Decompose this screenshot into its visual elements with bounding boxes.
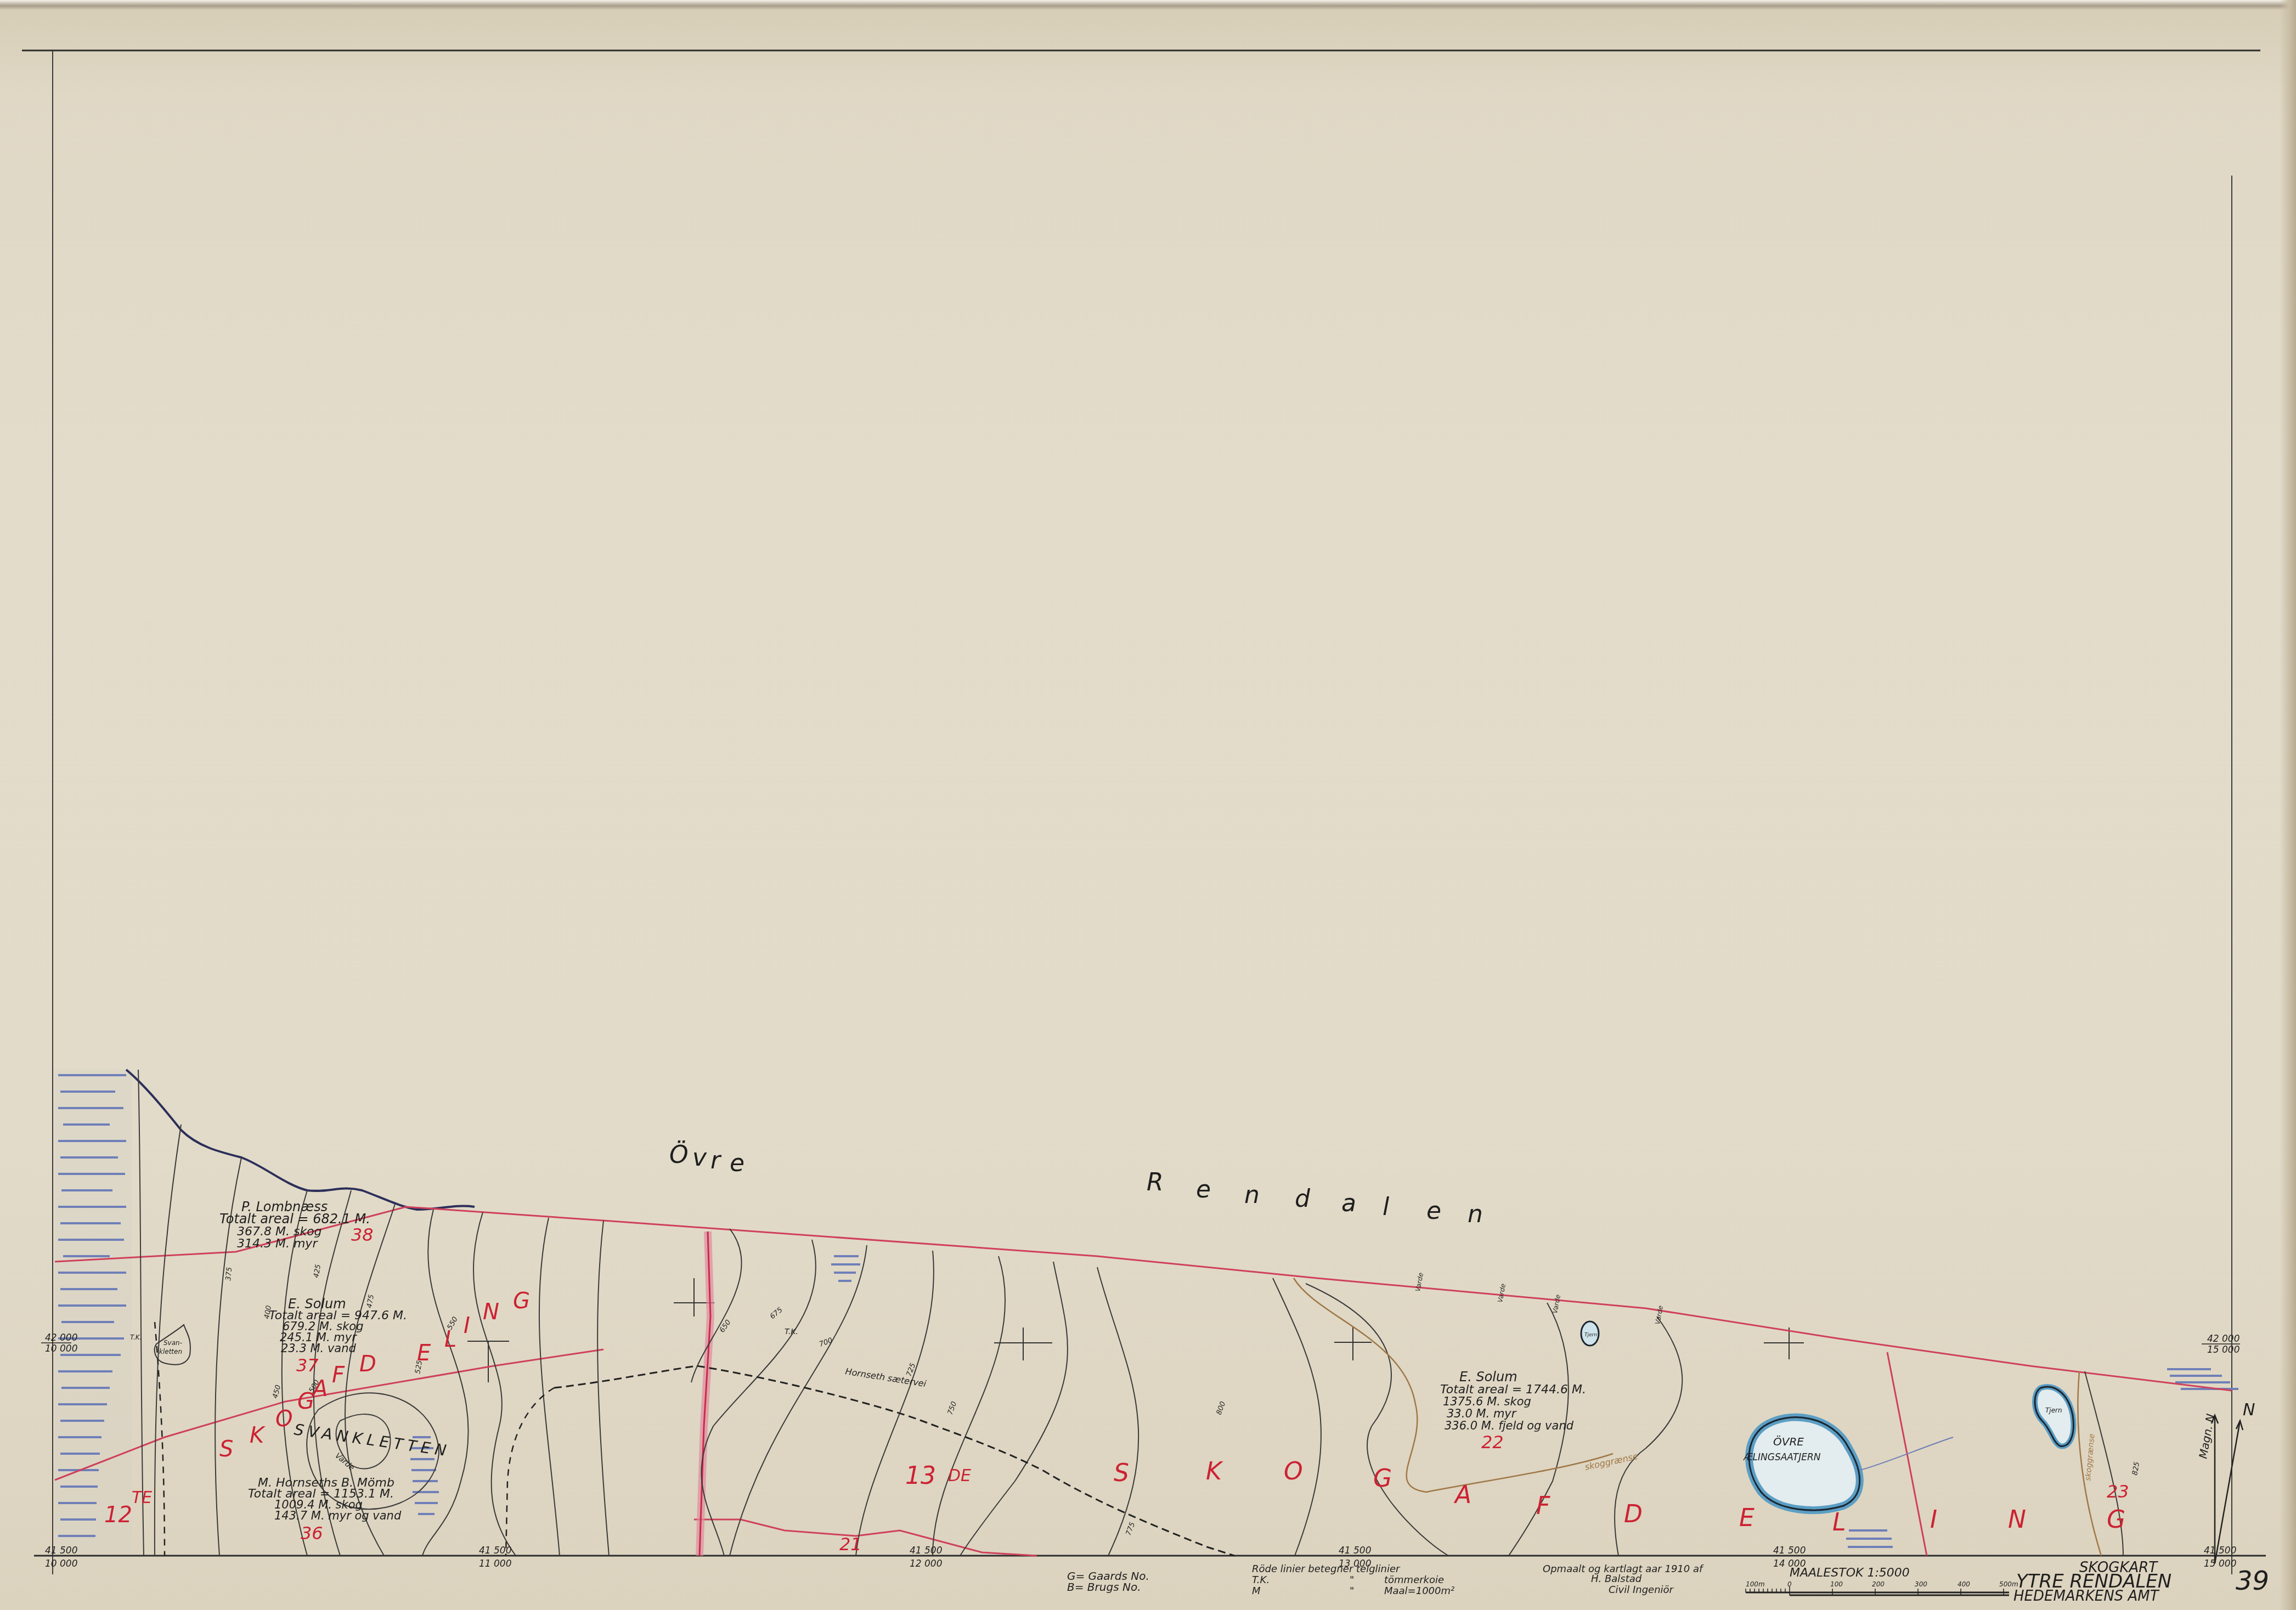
svg-text:41 500: 41 500 xyxy=(910,1545,942,1556)
svg-text:v: v xyxy=(692,1144,707,1172)
forest-limit-lines xyxy=(1294,1278,2101,1556)
svg-text:F: F xyxy=(1536,1492,1550,1520)
svg-text:D: D xyxy=(1624,1500,1643,1528)
varde-label-svankletten: Varde xyxy=(333,1451,356,1472)
bog-hatching-bottom xyxy=(1846,1530,1893,1547)
scale-label: MAALESTOK 1:5000 xyxy=(1790,1566,1910,1580)
svg-text:N: N xyxy=(483,1300,499,1325)
svg-text:550: 550 xyxy=(445,1315,459,1331)
lake-tjern-right xyxy=(2035,1387,2073,1446)
svg-text:S: S xyxy=(1114,1459,1129,1487)
svg-text:e: e xyxy=(1426,1197,1441,1225)
true-north-label: N xyxy=(2243,1400,2255,1420)
svg-text:725: 725 xyxy=(905,1362,918,1377)
place-name-svankletten: SVANKLETTEN xyxy=(293,1420,452,1460)
parcel-number-23: 23 xyxy=(2107,1481,2129,1502)
parcel-38-info: P. Lombnæss Totalt areal = 682.1 M. 367.… xyxy=(219,1199,370,1251)
svg-text:314.3 M. myr: 314.3 M. myr xyxy=(237,1237,318,1251)
svg-text:300: 300 xyxy=(1915,1580,1927,1588)
svg-text:Varde: Varde xyxy=(1414,1272,1425,1292)
svg-text:15 000: 15 000 xyxy=(2204,1558,2236,1569)
svg-text:400: 400 xyxy=(1957,1580,1970,1588)
svg-text:200: 200 xyxy=(1872,1580,1885,1588)
svg-text:L: L xyxy=(1832,1509,1846,1536)
svg-text:10 000: 10 000 xyxy=(45,1558,77,1569)
svg-text:41 500: 41 500 xyxy=(2204,1545,2236,1556)
svg-text:700: 700 xyxy=(818,1336,833,1349)
legend-tk-value: tömmerkoie xyxy=(1384,1574,1444,1586)
svg-text:R: R xyxy=(1147,1168,1164,1196)
svg-text:143.7 M. myr og vand: 143.7 M. myr og vand xyxy=(274,1509,402,1522)
parcel-number-21: 21 xyxy=(839,1534,862,1555)
county-name: HEDEMARKENS AMT xyxy=(2013,1588,2160,1605)
svg-text:500m: 500m xyxy=(1999,1580,2018,1588)
svg-text:41 500: 41 500 xyxy=(1773,1545,1806,1556)
svg-text:O: O xyxy=(275,1406,292,1432)
svg-text:450: 450 xyxy=(271,1384,283,1399)
place-name-svan-small: Svan- xyxy=(163,1339,182,1347)
svg-text:825: 825 xyxy=(2131,1461,2141,1476)
lake-label-tjern: Tjern xyxy=(2045,1406,2062,1414)
legend-b: B= Brugs No. xyxy=(1067,1580,1141,1594)
north-arrow xyxy=(2212,1415,2243,1563)
division-13-label: 13 DE S K O G A F D E L I N G xyxy=(905,1458,2125,1536)
legend-m-value: Maal=1000m² xyxy=(1384,1585,1454,1597)
svg-text:42 000: 42 000 xyxy=(45,1332,77,1343)
svg-text:100: 100 xyxy=(1830,1580,1843,1588)
svg-text:10 000: 10 000 xyxy=(45,1343,77,1354)
svg-text:H. Balstad: H. Balstad xyxy=(1591,1573,1642,1585)
svg-text:41 500: 41 500 xyxy=(479,1545,511,1556)
lake-label-tjern-small: Tjern xyxy=(1584,1332,1597,1338)
place-name-kletten-small: kletten xyxy=(159,1348,182,1355)
svg-text:475: 475 xyxy=(365,1294,376,1309)
svg-text:n: n xyxy=(1244,1181,1260,1209)
svg-text:d: d xyxy=(1295,1185,1311,1213)
bog-hatching-right xyxy=(2167,1369,2238,1389)
svg-text:675: 675 xyxy=(769,1306,785,1321)
svg-text:1375.6 M. skog: 1375.6 M. skog xyxy=(1443,1395,1531,1408)
svg-text:750: 750 xyxy=(946,1400,959,1416)
svg-text:13: 13 xyxy=(905,1462,936,1490)
svg-text:375: 375 xyxy=(224,1267,234,1281)
grid-crosses xyxy=(467,1278,1804,1382)
svg-text:23.3 M. vand: 23.3 M. vand xyxy=(281,1342,357,1355)
svg-text:G: G xyxy=(2107,1506,2125,1534)
lake-ovre-aelingsaatjern xyxy=(1749,1417,1860,1510)
svg-text:Varde: Varde xyxy=(1496,1283,1507,1303)
legend-m-key: M xyxy=(1252,1585,1261,1597)
parcel-number-36: 36 xyxy=(301,1523,323,1544)
neatline xyxy=(22,50,2266,1574)
svg-text:G: G xyxy=(1373,1465,1392,1493)
survey-credits: Opmaalt og kartlagt aar 1910 af H. Balst… xyxy=(1543,1563,1704,1596)
svg-text:l: l xyxy=(1383,1193,1390,1221)
svg-text:Civil Ingeniör: Civil Ingeniör xyxy=(1609,1584,1674,1596)
parcel-22-info: E. Solum Totalt areal = 1744.6 M. 1375.6… xyxy=(1440,1369,1586,1432)
legend-tk-key: T.K. xyxy=(1252,1574,1270,1586)
svg-text:DE: DE xyxy=(948,1466,971,1485)
svg-text:e: e xyxy=(730,1149,744,1177)
svg-text:41 500: 41 500 xyxy=(45,1545,77,1556)
parcel-37-info: E. Solum Totalt areal = 947.6 M. 679.2 M… xyxy=(269,1296,407,1355)
svg-text:650: 650 xyxy=(718,1318,733,1334)
sheet-number: 39 xyxy=(2236,1566,2269,1596)
parcel-number-38: 38 xyxy=(351,1224,374,1245)
scale-bar: MAALESTOK 1:5000 100m 0 100 200 300 400 … xyxy=(1746,1566,2018,1595)
svg-text:41 500: 41 500 xyxy=(1339,1545,1371,1556)
property-boundaries xyxy=(55,1207,2232,1556)
svg-text:O: O xyxy=(1284,1458,1303,1485)
stream xyxy=(1860,1437,1953,1470)
svg-text:Varde: Varde xyxy=(1654,1305,1665,1325)
tk-marker-left: T.K. xyxy=(130,1334,142,1341)
svg-text:": " xyxy=(1350,1574,1354,1586)
legend-red-lines: Röde linier betegner teiglinier xyxy=(1252,1563,1401,1575)
svg-text:n: n xyxy=(1468,1200,1483,1228)
svg-text:Totalt areal = 682.1 M.: Totalt areal = 682.1 M. xyxy=(219,1211,370,1227)
svg-text:15 000: 15 000 xyxy=(2207,1345,2239,1355)
svg-text:F: F xyxy=(332,1363,345,1388)
svg-text:N: N xyxy=(2008,1506,2026,1534)
svg-text:I: I xyxy=(1930,1506,1937,1534)
svg-text:12 000: 12 000 xyxy=(910,1558,942,1569)
svg-text:E. Solum: E. Solum xyxy=(1459,1369,1517,1385)
svg-text:TE: TE xyxy=(132,1488,152,1507)
svg-text:100m: 100m xyxy=(1746,1580,1765,1588)
svg-text:I: I xyxy=(464,1313,470,1338)
svg-text:Ö: Ö xyxy=(669,1140,689,1169)
svg-text:G: G xyxy=(513,1289,530,1314)
parcel-36-info: M. Hornseths B. Mömb Totalt areal = 1153… xyxy=(248,1476,402,1522)
svg-text:33.0 M. myr: 33.0 M. myr xyxy=(1447,1407,1517,1420)
region-title: Ö v r e R e n d a l e n xyxy=(669,1140,1483,1228)
svg-text:S: S xyxy=(219,1437,233,1462)
svg-text:12: 12 xyxy=(104,1502,132,1528)
legend: G= Gaards No. B= Brugs No. Röde linier b… xyxy=(1067,1563,1454,1597)
lake-label-ovre: ÖVRE xyxy=(1773,1435,1804,1448)
svg-text:525: 525 xyxy=(414,1360,424,1375)
parcel-number-22: 22 xyxy=(1481,1432,1504,1453)
svg-text:Varde: Varde xyxy=(1551,1294,1562,1314)
footpath xyxy=(506,1388,554,1556)
svg-text:a: a xyxy=(1341,1189,1356,1217)
forest-map: N Magn. N Ö v r e R e n d a l e n P. Lom… xyxy=(0,0,2296,1610)
svg-text:L: L xyxy=(444,1327,456,1352)
svg-text:K: K xyxy=(250,1423,266,1448)
tk-marker-center: T.K. xyxy=(785,1327,798,1336)
parcel-number-37: 37 xyxy=(296,1355,319,1376)
svg-text:r: r xyxy=(710,1146,722,1174)
svg-text:800: 800 xyxy=(1215,1400,1228,1416)
svg-text:e: e xyxy=(1196,1176,1211,1204)
svg-text:11 000: 11 000 xyxy=(479,1558,511,1569)
bog-hatching-left xyxy=(55,1070,132,1552)
magnetic-north-label: Magn. N xyxy=(2196,1413,2217,1460)
svg-text:": " xyxy=(1350,1585,1354,1597)
svg-text:E: E xyxy=(1739,1504,1755,1532)
bog-hatching-center xyxy=(831,1256,860,1281)
svg-text:425: 425 xyxy=(312,1264,323,1279)
svg-text:K: K xyxy=(1206,1458,1223,1485)
svg-text:D: D xyxy=(359,1352,376,1377)
forest-limit-label-right: skoggrænse xyxy=(2084,1433,2096,1481)
svg-text:42 000: 42 000 xyxy=(2207,1334,2239,1345)
svg-text:336.0 M. fjeld og vand: 336.0 M. fjeld og vand xyxy=(1445,1419,1574,1432)
svg-text:775: 775 xyxy=(1125,1521,1137,1536)
svg-text:A: A xyxy=(1453,1481,1471,1509)
lake-label-aelingsaatjern: ÆLINGSAATJERN xyxy=(1743,1452,1821,1463)
